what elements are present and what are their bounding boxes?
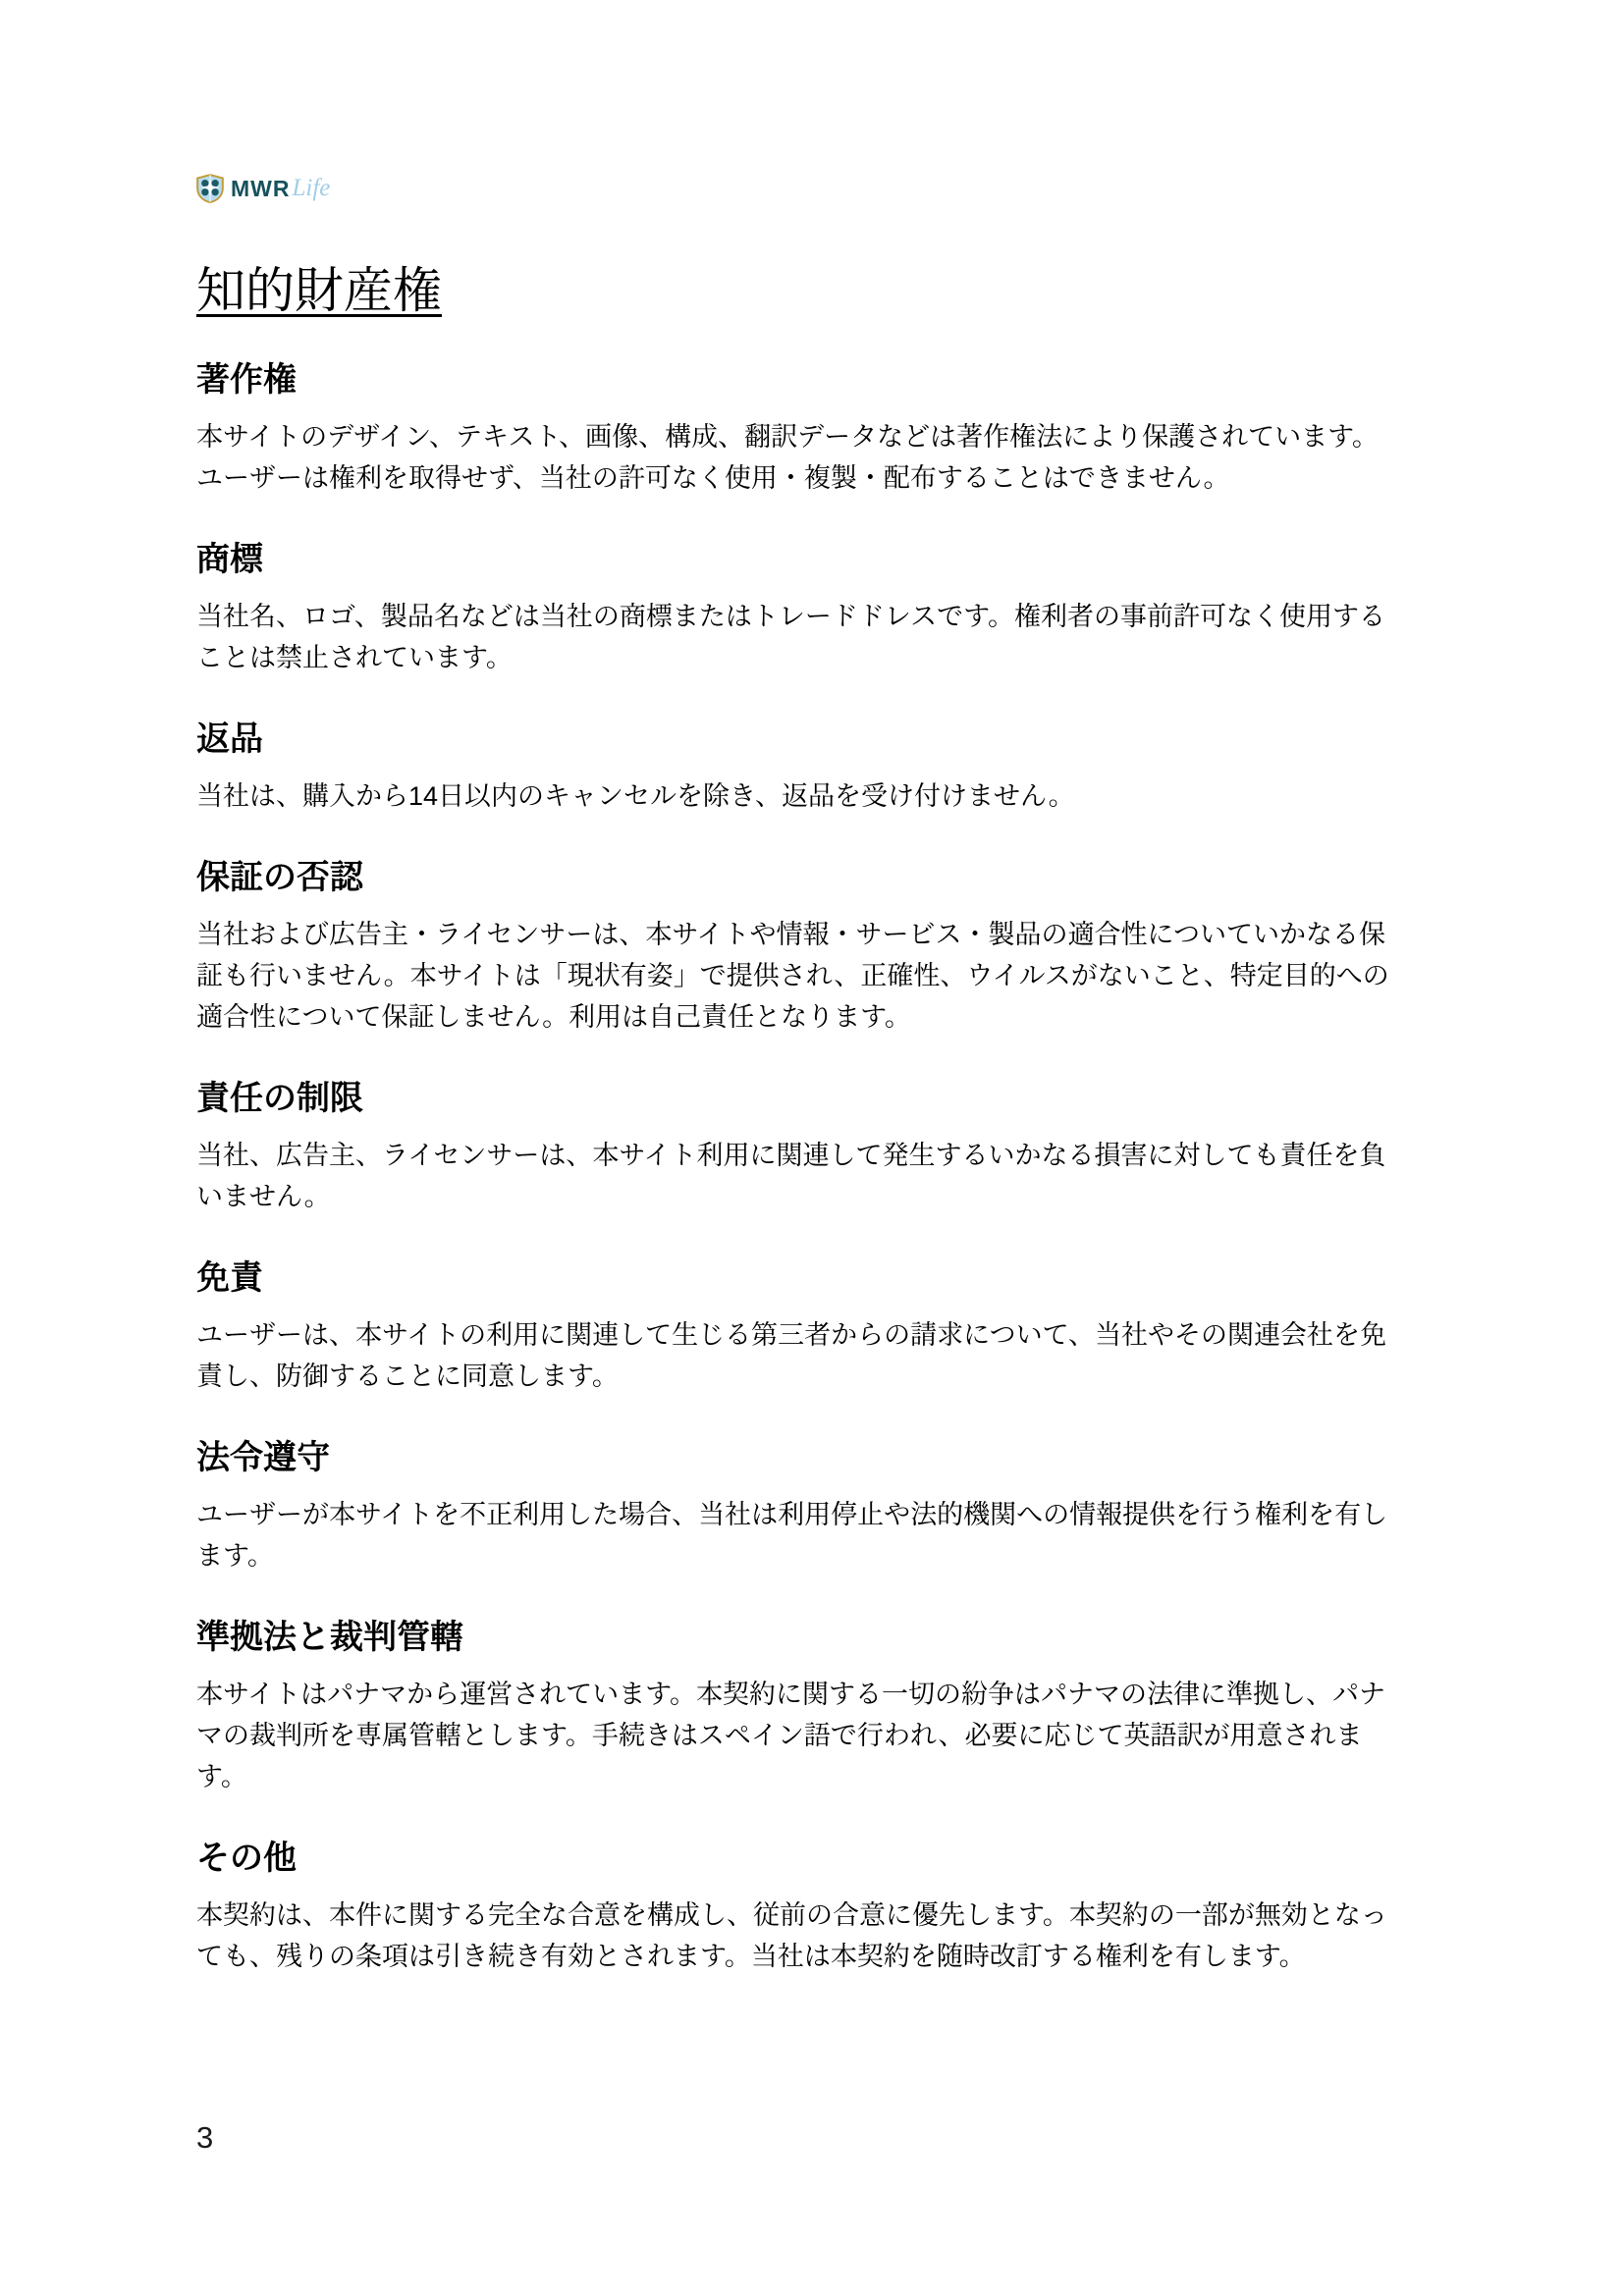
section-heading: 商標 xyxy=(196,540,1406,580)
document-content: MWR Life 知的財産権 著作権 本サイトのデザイン、テキスト、画像、構成、… xyxy=(0,0,1602,1977)
brand-text: MWR xyxy=(231,176,290,202)
section-miscellaneous: その他 本契約は、本件に関する完全な合意を構成し、従前の合意に優先します。本契約… xyxy=(196,1839,1406,1977)
section-heading: 返品 xyxy=(196,720,1406,760)
section-warranty-disclaimer: 保証の否認 当社および広告主・ライセンサーは、本サイトや情報・サービス・製品の適… xyxy=(196,858,1406,1038)
document-page: MWR Life 知的財産権 著作権 本サイトのデザイン、テキスト、画像、構成、… xyxy=(0,0,1624,2296)
brand-suffix-text: Life xyxy=(292,175,330,202)
section-body: ユーザーが本サイトを不正利用した場合、当社は利用停止や法的機関への情報提供を行う… xyxy=(196,1494,1406,1576)
section-returns: 返品 当社は、購入から14日以内のキャンセルを除き、返品を受け付けません。 xyxy=(196,720,1406,817)
section-legal-compliance: 法令遵守 ユーザーが本サイトを不正利用した場合、当社は利用停止や法的機関への情報… xyxy=(196,1438,1406,1576)
section-body: 当社名、ロゴ、製品名などは当社の商標またはトレードドレスです。権利者の事前許可な… xyxy=(196,596,1406,678)
section-heading: 準拠法と裁判管轄 xyxy=(196,1618,1406,1658)
page-number: 3 xyxy=(196,2120,213,2156)
section-body: 当社および広告主・ライセンサーは、本サイトや情報・サービス・製品の適合性について… xyxy=(196,914,1406,1038)
section-indemnification: 免責 ユーザーは、本サイトの利用に関連して生じる第三者からの請求について、当社や… xyxy=(196,1258,1406,1397)
shield-star-logo-icon xyxy=(196,174,224,203)
section-heading: 免責 xyxy=(196,1258,1406,1299)
section-body: 本サイトのデザイン、テキスト、画像、構成、翻訳データなどは著作権法により保護され… xyxy=(196,416,1406,499)
section-copyright: 著作権 本サイトのデザイン、テキスト、画像、構成、翻訳データなどは著作権法により… xyxy=(196,360,1406,499)
section-heading: 保証の否認 xyxy=(196,858,1406,898)
page-title: 知的財産権 xyxy=(196,262,1406,319)
section-heading: その他 xyxy=(196,1839,1406,1879)
section-heading: 責任の制限 xyxy=(196,1079,1406,1119)
section-trademark: 商標 当社名、ロゴ、製品名などは当社の商標またはトレードドレスです。権利者の事前… xyxy=(196,540,1406,678)
section-body: 当社、広告主、ライセンサーは、本サイト利用に関連して発生するいかなる損害に対して… xyxy=(196,1135,1406,1217)
section-body: 本サイトはパナマから運営されています。本契約に関する一切の紛争はパナマの法律に準… xyxy=(196,1674,1406,1797)
section-governing-law: 準拠法と裁判管轄 本サイトはパナマから運営されています。本契約に関する一切の紛争… xyxy=(196,1618,1406,1797)
section-body: 当社は、購入から14日以内のキャンセルを除き、返品を受け付けません。 xyxy=(196,775,1406,817)
section-heading: 法令遵守 xyxy=(196,1438,1406,1478)
section-heading: 著作権 xyxy=(196,360,1406,400)
section-body: ユーザーは、本サイトの利用に関連して生じる第三者からの請求について、当社やその関… xyxy=(196,1314,1406,1397)
mwr-life-logo: MWR Life xyxy=(196,169,1406,208)
section-limitation-of-liability: 責任の制限 当社、広告主、ライセンサーは、本サイト利用に関連して発生するいかなる… xyxy=(196,1079,1406,1217)
section-body: 本契約は、本件に関する完全な合意を構成し、従前の合意に優先します。本契約の一部が… xyxy=(196,1895,1406,1977)
